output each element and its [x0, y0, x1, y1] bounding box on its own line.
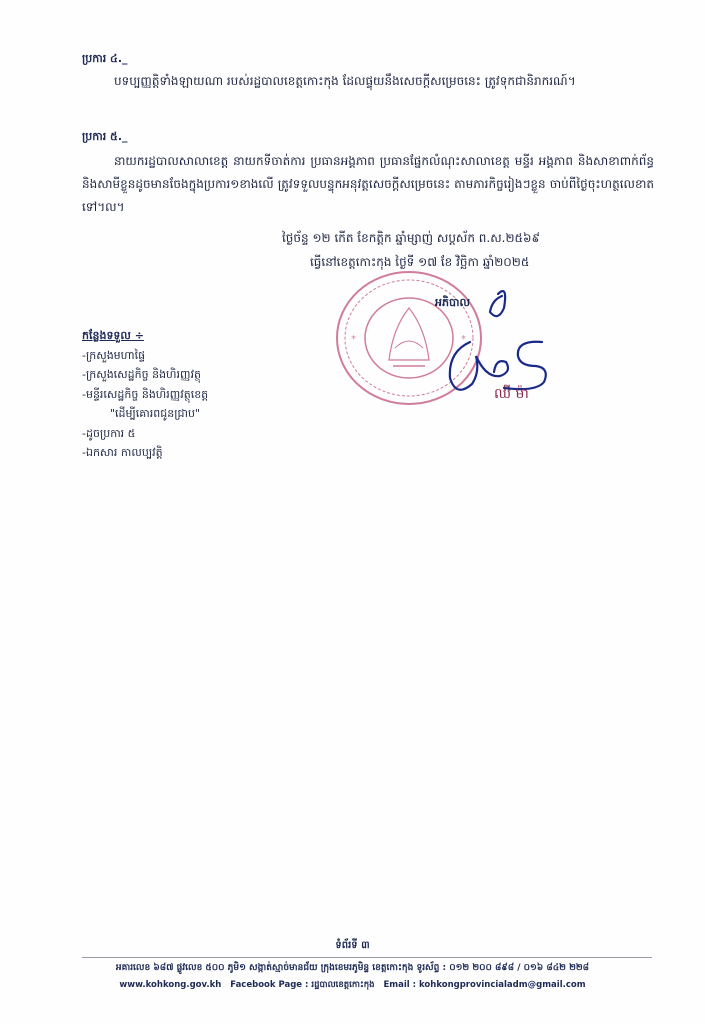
recipient-item: -ឯកសារ កាលប្បវត្តិ: [82, 443, 208, 463]
article-4-body: បទប្បញ្ញត្តិទាំងឡាយណា របស់រដ្ឋបាលខេត្តកោ…: [82, 70, 654, 93]
recipient-note: "ដើម្បីគោរពជូនជ្រាប": [82, 404, 208, 424]
article-5-heading: ប្រការ ៥._: [82, 130, 128, 146]
svg-text:*: *: [351, 334, 356, 345]
footer-email[interactable]: Email : kohkongprovincialadm@gmail.com: [383, 980, 585, 990]
footer-divider: [82, 957, 652, 958]
footer-website-link[interactable]: www.kohkong.gov.kh: [119, 980, 221, 990]
lunar-date: ថ្ងៃច័ន្ទ ១២ កើត ខែកត្តិក ឆ្នាំម្សាញ់ សប…: [282, 230, 540, 248]
footer-contacts: www.kohkong.gov.kh Facebook Page : រដ្ឋប…: [0, 980, 705, 992]
recipients-title: កន្លែងទទួល ÷: [82, 326, 208, 346]
recipient-item: -មន្ទីរសេដ្ឋកិច្ច និងហិរញ្ញវត្ថុខេត្ត: [82, 385, 208, 405]
recipient-item: -ដូចប្រការ ៥: [82, 424, 208, 444]
footer-facebook: Facebook Page : រដ្ឋបាលខេត្តកោះកុង: [230, 980, 374, 990]
article-5-text: នាយករដ្ឋបាលសាលាខេត្ត នាយកទីចាត់ការ ប្រធា…: [82, 154, 654, 214]
document-page: ប្រការ ៤._ បទប្បញ្ញត្តិទាំងឡាយណា របស់រដ្…: [0, 0, 705, 1024]
article-5-body: នាយករដ្ឋបាលសាលាខេត្ត នាយកទីចាត់ការ ប្រធា…: [82, 150, 654, 219]
recipient-item: -ក្រសួងមហាផ្ទៃ: [82, 346, 208, 366]
page-number: ទំព័រទី ៣: [0, 938, 705, 953]
article-4-heading: ប្រការ ៤._: [82, 52, 128, 68]
recipients-list: កន្លែងទទួល ÷ -ក្រសួងមហាផ្ទៃ -ក្រសួងសេដ្ឋ…: [82, 326, 208, 463]
recipient-item: -ក្រសួងសេដ្ឋកិច្ច និងហិរញ្ញវត្ថុ: [82, 365, 208, 385]
signer-name: ឈី ម៉ា: [494, 384, 529, 405]
article-4-text: បទប្បញ្ញត្តិទាំងឡាយណា របស់រដ្ឋបាលខេត្តកោ…: [114, 74, 576, 88]
footer-address: អគារលេខ ៦៨៧ ផ្លូវលេខ ៥០០ ភូមិ១ សង្កាត់ស្…: [0, 962, 705, 975]
